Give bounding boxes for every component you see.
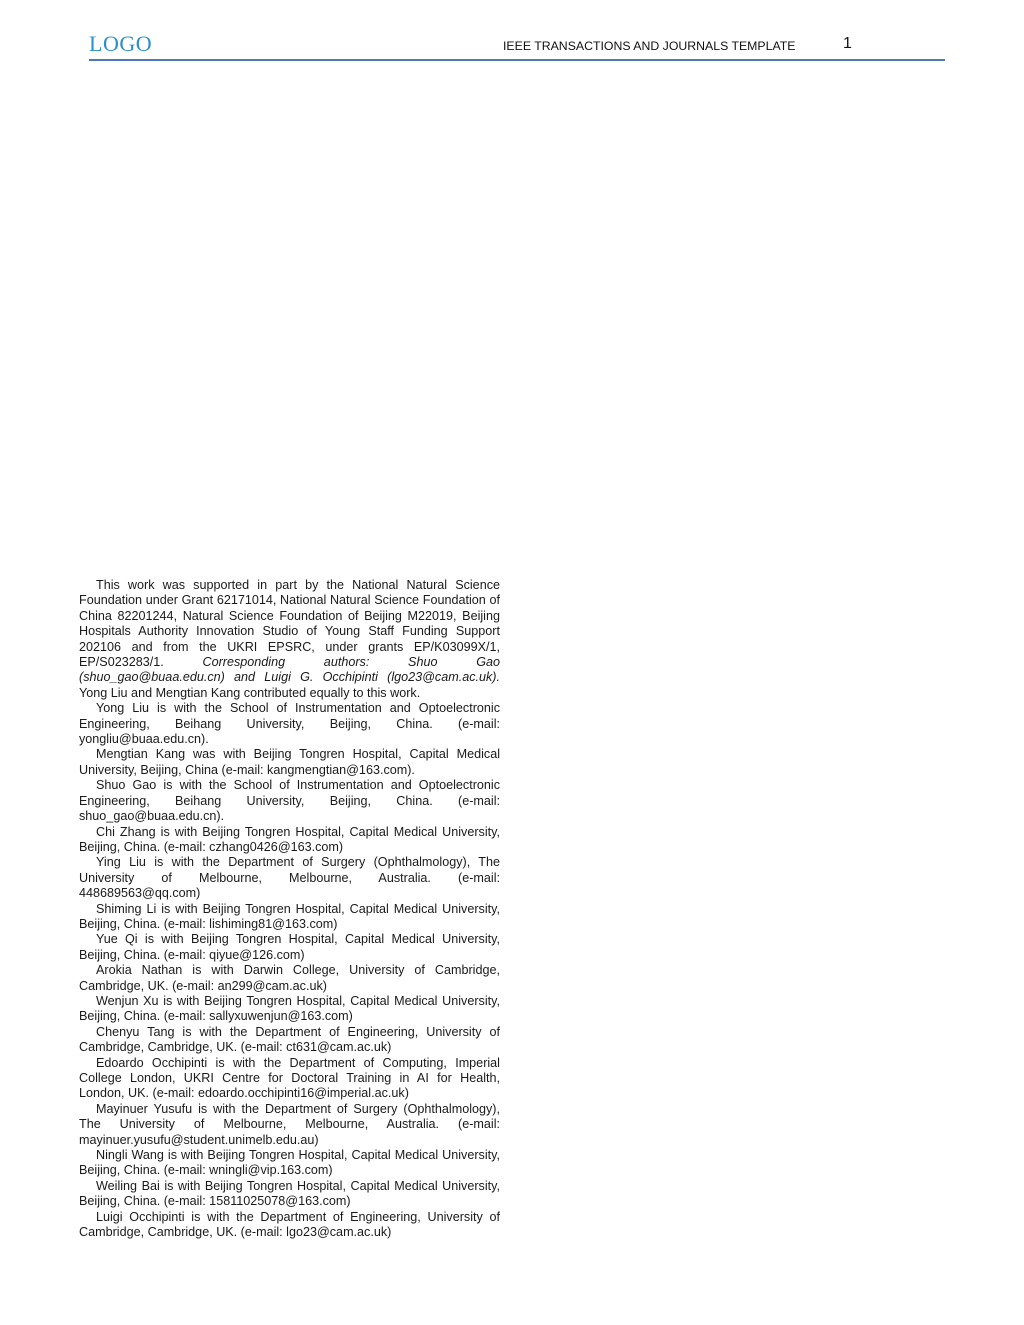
affiliation-paragraph: Weiling Bai is with Beijing Tongren Hosp… (79, 1179, 500, 1210)
affiliation-paragraph: Mengtian Kang was with Beijing Tongren H… (79, 747, 500, 778)
affiliation-paragraph: Shiming Li is with Beijing Tongren Hospi… (79, 902, 500, 933)
affiliation-paragraph: Ningli Wang is with Beijing Tongren Hosp… (79, 1148, 500, 1179)
affiliation-paragraph: Luigi Occhipinti is with the Department … (79, 1210, 500, 1241)
first-page-footnote: This work was supported in part by the N… (79, 578, 500, 1240)
equal-contribution-note: Yong Liu and Mengtian Kang contributed e… (79, 686, 420, 700)
affiliation-paragraph: Mayinuer Yusufu is with the Department o… (79, 1102, 500, 1148)
affiliation-paragraph: Chi Zhang is with Beijing Tongren Hospit… (79, 825, 500, 856)
journal-logo: LOGO (89, 31, 152, 57)
affiliation-paragraph: Edoardo Occhipinti is with the Departmen… (79, 1056, 500, 1102)
affiliation-paragraph: Yong Liu is with the School of Instrumen… (79, 701, 500, 747)
funding-paragraph: This work was supported in part by the N… (79, 578, 500, 701)
affiliation-paragraph: Ying Liu is with the Department of Surge… (79, 855, 500, 901)
affiliation-paragraph: Yue Qi is with Beijing Tongren Hospital,… (79, 932, 500, 963)
header-rule (89, 59, 945, 61)
affiliation-paragraph: Chenyu Tang is with the Department of En… (79, 1025, 500, 1056)
affiliation-paragraph: Arokia Nathan is with Darwin College, Un… (79, 963, 500, 994)
running-title: IEEE TRANSACTIONS AND JOURNALS TEMPLATE (503, 39, 795, 53)
page-number: 1 (843, 35, 852, 53)
affiliation-paragraph: Shuo Gao is with the School of Instrumen… (79, 778, 500, 824)
affiliation-paragraph: Wenjun Xu is with Beijing Tongren Hospit… (79, 994, 500, 1025)
